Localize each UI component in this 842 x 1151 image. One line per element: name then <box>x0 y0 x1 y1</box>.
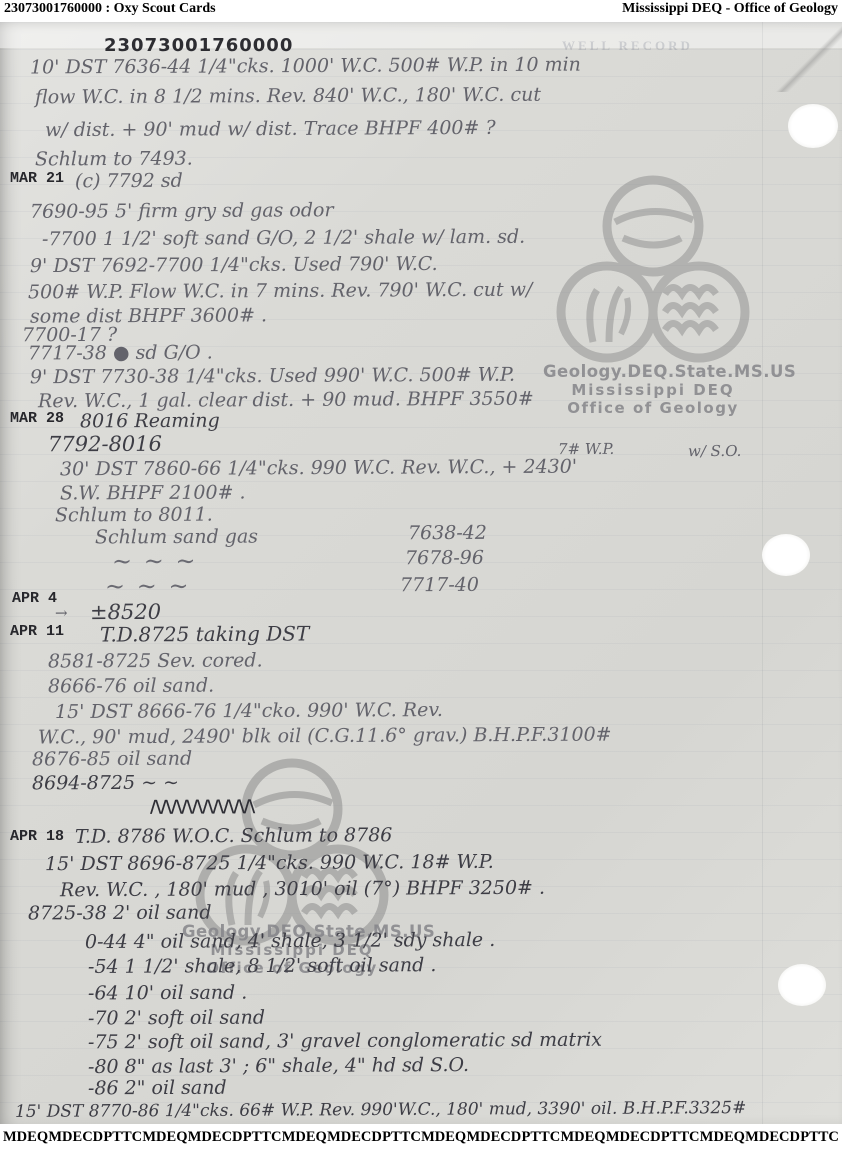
footer-token: PTTC <box>800 1129 839 1146</box>
handwritten-line: 500# W.P. Flow W.C. in 7 mins. Rev. 790'… <box>28 279 532 304</box>
date-stamp: MAR 28 <box>10 410 64 427</box>
handwritten-line: ±8520 <box>90 600 161 624</box>
handwritten-line: flow W.C. in 8 1/2 mins. Rev. 840' W.C.,… <box>35 84 541 109</box>
footer-token: MDEQ <box>700 1129 745 1146</box>
footer-token: MDEQ <box>421 1129 466 1146</box>
footer-token: MDECD <box>745 1129 800 1146</box>
footer-bar: MDEQMDECDPTTCMDEQMDECDPTTCMDEQMDECDPTTCM… <box>0 1124 842 1151</box>
handwritten-line: 8581-8725 Sev. cored. <box>48 649 263 672</box>
handwritten-line: Rev. W.C., 1 gal. clear dist. + 90 mud. … <box>38 388 534 413</box>
footer-token: PTTC <box>522 1129 561 1146</box>
handwritten-line: 7792-8016 <box>48 432 162 457</box>
well-number-stamp: 23073001760000 <box>104 35 293 56</box>
handwritten-line: -54 1 1/2' shale, 8 1/2' soft oil sand . <box>88 954 436 978</box>
handwritten-line: 8016 Reaming <box>80 410 220 433</box>
date-stamp: APR 18 <box>10 828 64 845</box>
handwritten-line: 0-44 4" oil sand, 4' shale, 3 1/2' sdy s… <box>85 929 495 953</box>
footer-token: MDEQ <box>560 1129 605 1146</box>
handwritten-line: S.W. BHPF 2100# . <box>60 482 246 505</box>
watermark-office: Office of Geology <box>543 399 763 417</box>
handwritten-line: Schlum to 7493. <box>35 148 193 171</box>
handwritten-line: ~ ~ ~ <box>105 572 191 600</box>
handwritten-line: (c) 7792 sd <box>75 170 183 193</box>
handwritten-line: -70 2' soft oil sand <box>88 1007 265 1030</box>
watermark-url: Geology.DEQ.State.MS.US <box>543 362 763 381</box>
handwritten-line: 8676-85 oil sand <box>32 748 192 771</box>
handwritten-line: 8666-76 oil sand. <box>48 675 214 698</box>
handwritten-line: 9' DST 7692-7700 1/4"cks. Used 790' W.C. <box>30 253 438 277</box>
handwritten-line: 10' DST 7636-44 1/4"cks. 1000' W.C. 500#… <box>30 54 581 79</box>
date-stamp: MAR 21 <box>10 170 64 187</box>
date-stamp: APR 11 <box>10 623 64 640</box>
bleed-through-text: WELL RECORD <box>562 38 693 54</box>
footer-token: MDECD <box>188 1129 243 1146</box>
handwritten-line: -86 2" oil sand <box>88 1077 227 1100</box>
handwritten-line: w/ dist. + 90' mud w/ dist. Trace BHPF 4… <box>45 117 496 141</box>
punch-hole <box>788 104 838 148</box>
footer-token: PTTC <box>103 1129 142 1146</box>
handwritten-line: -80 8" as last 3' ; 6" shale, 4" hd sd S… <box>88 1054 469 1078</box>
footer-token: MDEQ <box>3 1129 48 1146</box>
handwritten-line: 7717-38 ● sd G/O . <box>28 342 213 365</box>
page: 23073001760000 : Oxy Scout Cards Mississ… <box>0 0 842 1151</box>
handwritten-line: -75 2' soft oil sand, 3' gravel conglome… <box>88 1029 602 1054</box>
footer-token: MDEQ <box>142 1129 187 1146</box>
scan-area: 23073001760000 WELL RECORD Geology.DEQ.S… <box>0 22 842 1124</box>
handwritten-line: 7717-40 <box>400 574 479 596</box>
punch-hole <box>762 534 810 576</box>
handwritten-line: Rev. W.C. , 180' mud , 3010' oil (7°) BH… <box>60 877 545 902</box>
handwritten-line: 8725-38 2' oil sand <box>28 902 212 925</box>
bleed-through-rule <box>762 22 763 1124</box>
footer-token: PTTC <box>661 1129 700 1146</box>
footer-token: PTTC <box>243 1129 282 1146</box>
watermark-caption: Geology.DEQ.State.MS.US Mississippi DEQ … <box>543 362 763 417</box>
mdeq-logo-watermark <box>553 174 753 374</box>
date-stamp: APR 4 <box>12 590 57 607</box>
footer-token: PTTC <box>382 1129 421 1146</box>
footer-token: MDECD <box>48 1129 103 1146</box>
handwritten-line: T.D.8725 taking DST <box>100 621 309 646</box>
handwritten-line: -7700 1 1/2' soft sand G/O, 2 1/2' shale… <box>42 226 525 251</box>
header-bar: 23073001760000 : Oxy Scout Cards Mississ… <box>0 0 842 22</box>
handwritten-line: 7678-96 <box>405 547 484 569</box>
handwritten-line: /\/\/\/\/\/\/\/\/\/\ <box>150 797 254 818</box>
punch-hole <box>778 964 826 1006</box>
handwritten-line: 30' DST 7860-66 1/4"cks. 990 W.C. Rev. W… <box>60 456 577 481</box>
handwritten-line: 9' DST 7730-38 1/4"cks. Used 990' W.C. 5… <box>30 364 515 389</box>
handwritten-line: 15' DST 8666-76 1/4"cko. 990' W.C. Rev. <box>55 699 443 723</box>
handwritten-line: 15' DST 8770-86 1/4"cks. 66# W.P. Rev. 9… <box>15 1098 746 1122</box>
handwritten-line: Schlum sand gas <box>95 526 258 549</box>
paper-crease <box>758 22 842 92</box>
handwritten-line: 8694-8725 ~ ~ <box>32 772 179 795</box>
handwritten-line: w/ S.O. <box>688 442 741 460</box>
footer-token: MDECD <box>606 1129 661 1146</box>
footer-token: MDECD <box>466 1129 521 1146</box>
handwritten-line: -64 10' oil sand . <box>88 982 247 1005</box>
header-title-right: Mississippi DEQ - Office of Geology <box>622 1 838 17</box>
footer-token: MDEQ <box>282 1129 327 1146</box>
handwritten-line: T.D. 8786 W.O.C. Schlum to 8786 <box>75 824 392 848</box>
footer-token: MDECD <box>327 1129 382 1146</box>
handwritten-line: W.C., 90' mud, 2490' blk oil (C.G.11.6° … <box>38 723 612 748</box>
handwritten-line: Schlum to 8011. <box>55 504 213 527</box>
watermark-org: Mississippi DEQ <box>543 381 763 399</box>
header-title-left: 23073001760000 : Oxy Scout Cards <box>4 1 216 17</box>
handwritten-line: 15' DST 8696-8725 1/4"cks. 990 W.C. 18# … <box>45 851 494 875</box>
handwritten-line: 7690-95 5' firm gry sd gas odor <box>30 199 334 223</box>
handwritten-line: 7638-42 <box>408 522 487 544</box>
